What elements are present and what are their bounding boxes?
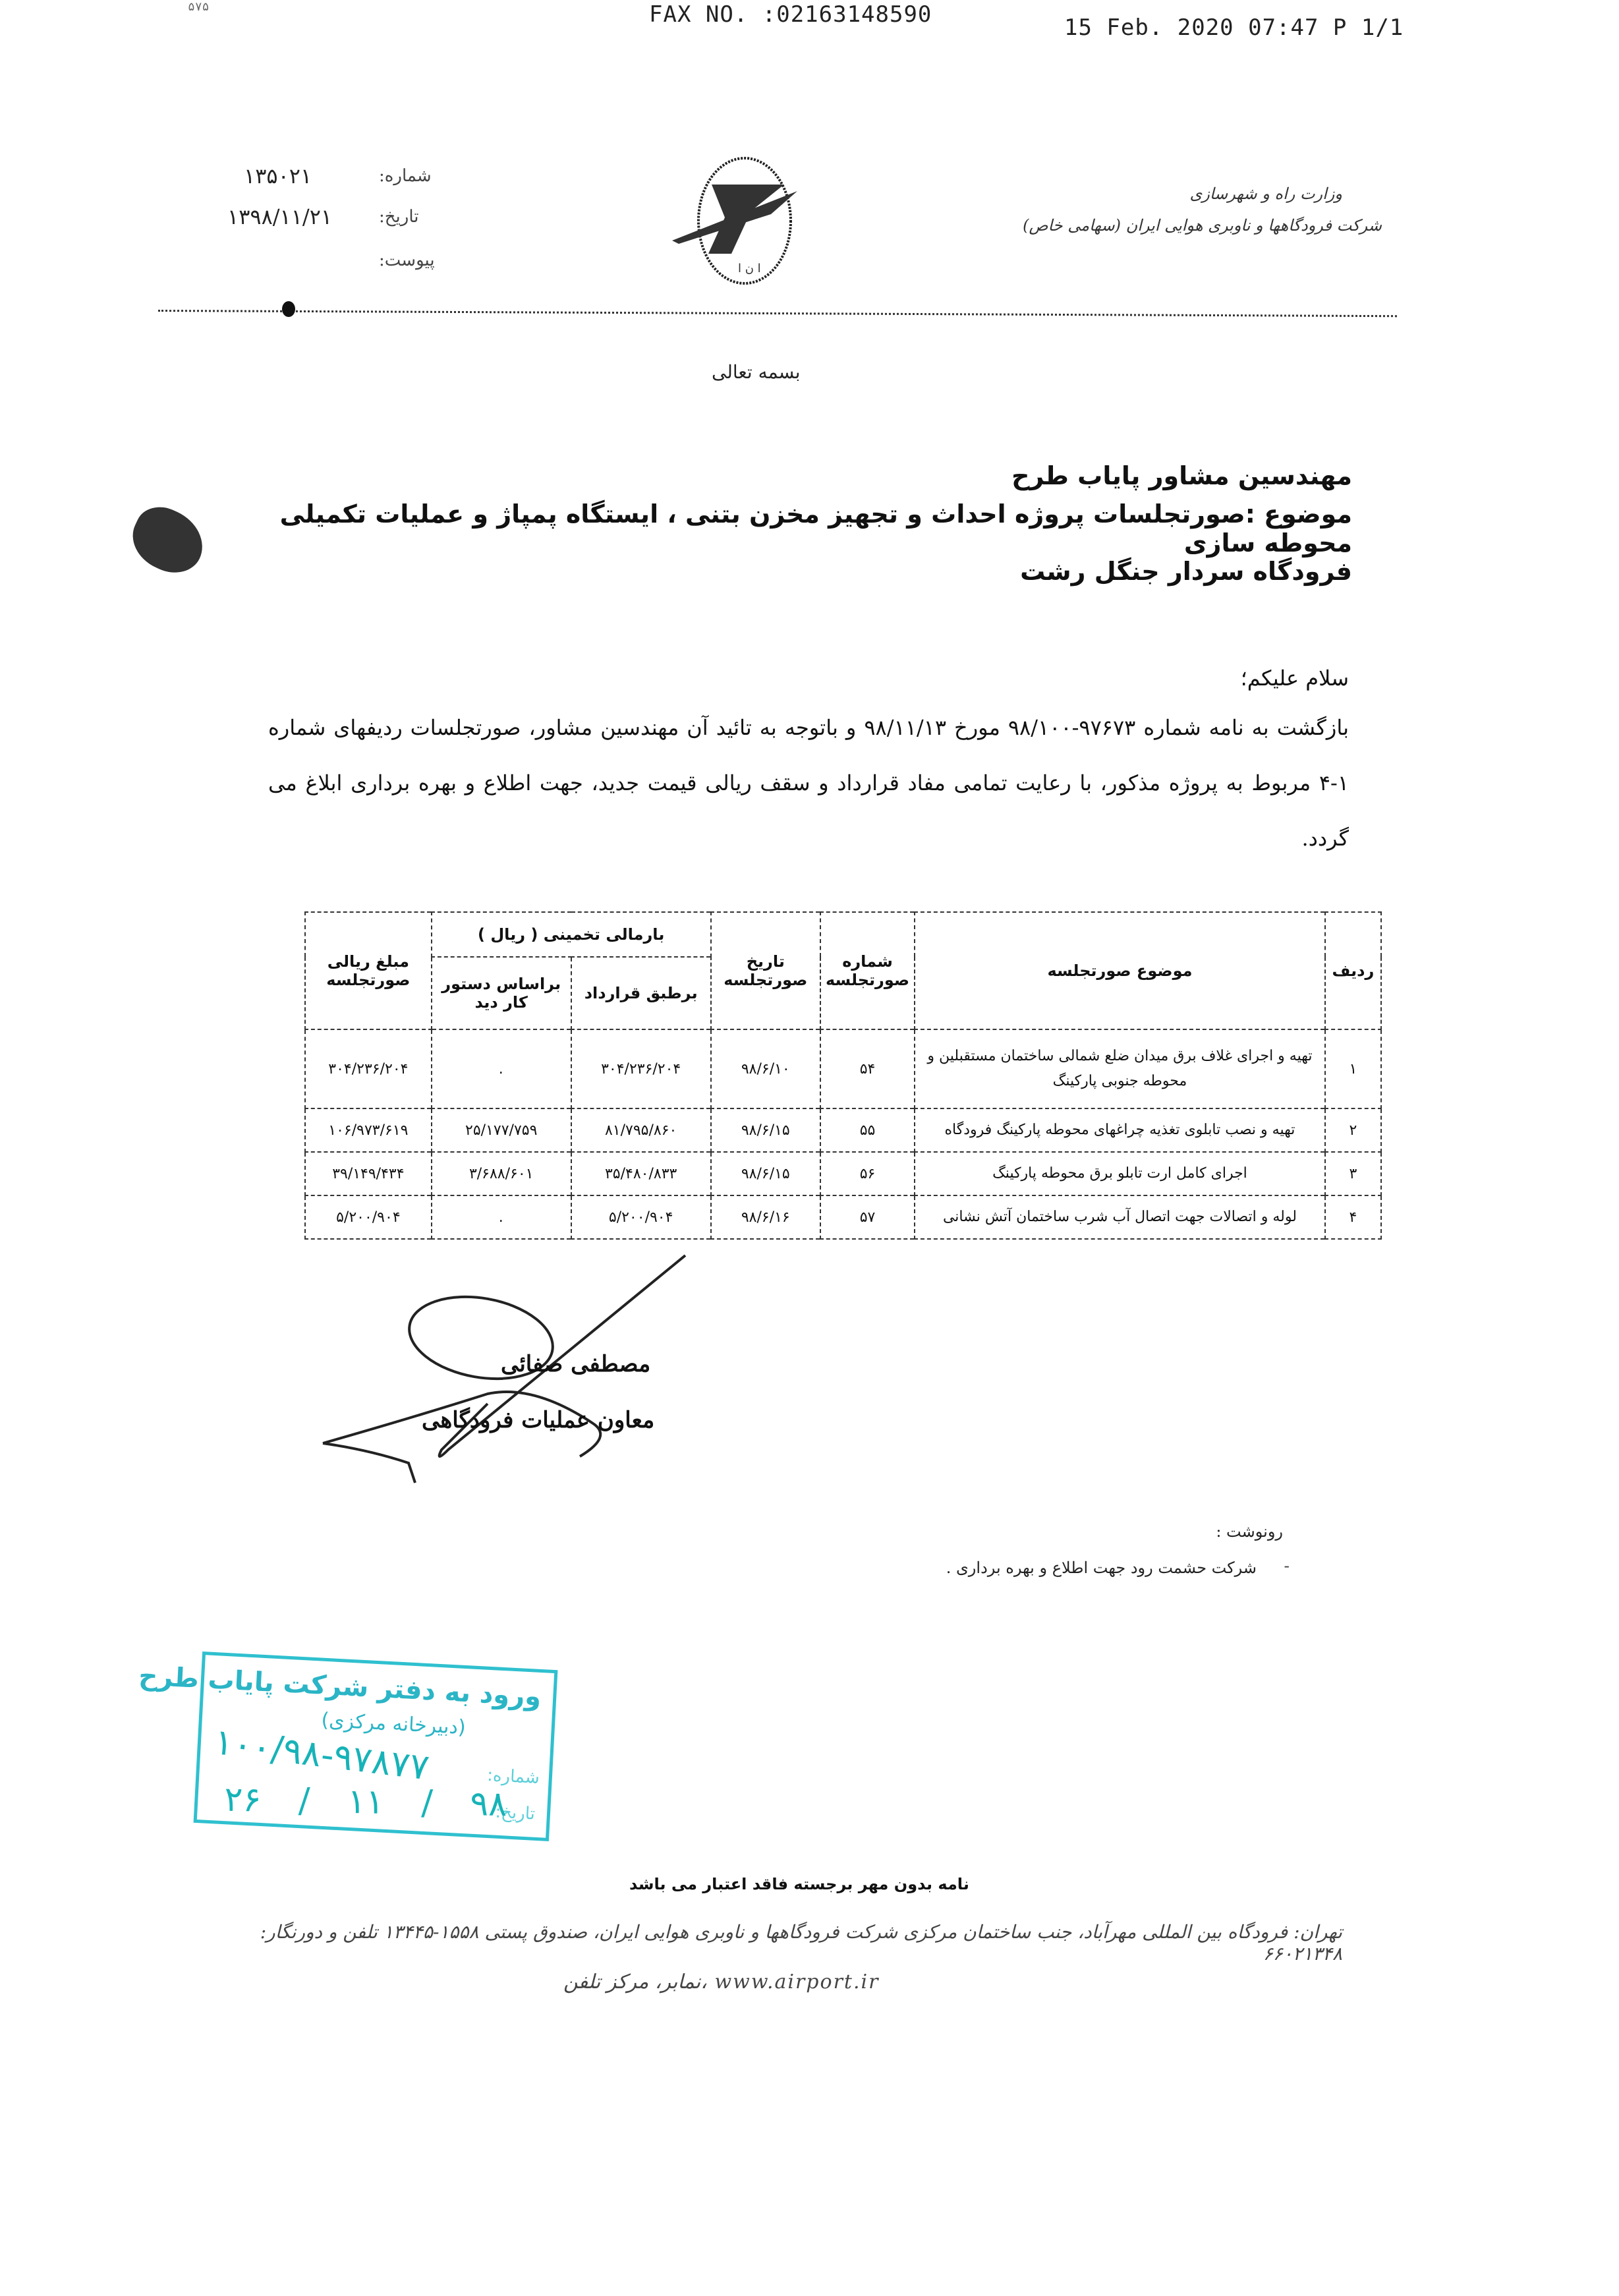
cell-minutes-date: ۹۸/۶/۱۵ <box>711 1152 820 1195</box>
cell-minutes-no: ۵۵ <box>820 1108 915 1152</box>
header-estimated-load: بارمالی تخمینی ( ریال ) <box>432 912 711 957</box>
header-row-no: ردیف <box>1325 912 1381 1029</box>
letter-number-label: شماره: <box>379 166 432 186</box>
cell-per-contract: ۳۵/۴۸۰/۸۳۳ <box>571 1152 711 1195</box>
header-per-new-order: براساس دستور کار دید <box>432 957 571 1029</box>
cell-minutes-amount: ۳۰۴/۲۳۶/۲۰۴ <box>305 1029 432 1108</box>
validity-note: نامه بدون مهر برجسته فاقد اعتبار می باشد <box>629 1875 969 1893</box>
corner-mark: ۵۷۵ <box>188 0 210 14</box>
cell-minutes-amount: ۵/۲۰۰/۹۰۴ <box>305 1195 432 1239</box>
cell-per-new-order: . <box>432 1195 571 1239</box>
attachment-label: پیوست: <box>379 250 435 270</box>
table-row: ۲ تهیه و نصب تابلوی تغذیه چراغهای محوطه … <box>305 1108 1381 1152</box>
minutes-table: ردیف موضوع صورتجلسه شماره صورتجلسه تاریخ… <box>304 911 1382 1240</box>
table-row: ۴ لوله و اتصالات جهت اتصال آب شرب ساختما… <box>305 1195 1381 1239</box>
fax-number: FAX NO. :02163148590 <box>649 1 932 28</box>
cell-row-no: ۴ <box>1325 1195 1381 1239</box>
cell-per-new-order: ۳/۶۸۸/۶۰۱ <box>432 1152 571 1195</box>
signatory-title: معاون عملیات فرودگاهی <box>422 1407 654 1433</box>
letterhead-org: وزارت راه و شهرسازی شرکت فرودگاهها و ناو… <box>1013 178 1382 241</box>
ink-blot <box>123 498 213 583</box>
cell-per-contract: ۳۰۴/۲۳۶/۲۰۴ <box>571 1029 711 1108</box>
cell-minutes-amount: ۱۰۶/۹۷۳/۶۱۹ <box>305 1108 432 1152</box>
footer-website: www.airport.ir ،نمابر، مرکز تلفن <box>563 1970 879 1994</box>
footer-address: تهران: فرودگاه بین المللی مهرآباد، جنب س… <box>222 1921 1342 1965</box>
stamp-date: ۹۸ / ۱۱ / ۲۶ <box>224 1780 507 1824</box>
stamp-subtitle: (دبیرخانه مرکزی) <box>321 1709 467 1739</box>
cell-minutes-date: ۹۸/۶/۱۶ <box>711 1195 820 1239</box>
cell-per-new-order: ۲۵/۱۷۷/۷۵۹ <box>432 1108 571 1152</box>
header-per-contract: برطبق قرارداد <box>571 957 711 1029</box>
fax-timestamp: 15 Feb. 2020 07:47 P 1/1 <box>1064 14 1404 41</box>
svg-text:ا ن ا: ا ن ا <box>738 262 761 275</box>
ink-spot <box>282 301 295 317</box>
cell-minutes-no: ۵۷ <box>820 1195 915 1239</box>
recipient: مهندسین مشاور پایاب طرح <box>1011 461 1352 490</box>
cell-minutes-date: ۹۸/۶/۱۵ <box>711 1108 820 1152</box>
cell-minutes-amount: ۳۹/۱۴۹/۴۳۴ <box>305 1152 432 1195</box>
cell-row-no: ۳ <box>1325 1152 1381 1195</box>
header-minutes-amount: مبلغ ریالی صورتجلسه <box>305 912 432 1029</box>
invocation: بسمه تعالی <box>712 361 801 383</box>
header-subject: موضوع صورتجلسه <box>915 912 1325 1029</box>
company-name: شرکت فرودگاهها و ناوبری هوایی ایران (سها… <box>1013 210 1382 241</box>
table-row: ۱ تهیه و اجرای غلاف برق میدان ضلع شمالی … <box>305 1029 1381 1108</box>
cell-minutes-date: ۹۸/۶/۱۰ <box>711 1029 820 1108</box>
stamp-title: ورود به دفتر شرکت پایاب طرح <box>138 1661 542 1712</box>
ministry-name: وزارت راه و شهرسازی <box>1013 178 1382 210</box>
cell-per-contract: ۸۱/۷۹۵/۸۶۰ <box>571 1108 711 1152</box>
table-row: ۳ اجرای کامل ارت تابلو برق محوطه پارکینگ… <box>305 1152 1381 1195</box>
body-paragraph: بازگشت به نامه شماره ۹۷۶۷۳-۹۸/۱۰۰ مورخ ۹… <box>268 700 1349 866</box>
cc-item: شرکت حشمت رود جهت اطلاع و بهره برداری . <box>946 1559 1257 1577</box>
cell-subject: تهیه و اجرای غلاف برق میدان ضلع شمالی سا… <box>915 1029 1325 1108</box>
cell-subject: تهیه و نصب تابلوی تغذیه چراغهای محوطه پا… <box>915 1108 1325 1152</box>
greeting: سلام علیکم؛ <box>1241 666 1349 691</box>
cell-subject: لوله و اتصالات جهت اتصال آب شرب ساختمان … <box>915 1195 1325 1239</box>
header-separator <box>158 310 1397 317</box>
header-minutes-no: شماره صورتجلسه <box>820 912 915 1029</box>
cell-row-no: ۲ <box>1325 1108 1381 1152</box>
cell-per-new-order: . <box>432 1029 571 1108</box>
cell-minutes-no: ۵۴ <box>820 1029 915 1108</box>
receipt-stamp: ورود به دفتر شرکت پایاب طرح (دبیرخانه مر… <box>194 1651 558 1841</box>
company-logo-icon: ا ن ا <box>659 155 830 287</box>
letter-number-value: ۱۳۵۰۲۱ <box>244 163 312 188</box>
cell-subject: اجرای کامل ارت تابلو برق محوطه پارکینگ <box>915 1152 1325 1195</box>
signatory-name: مصطفی صفائی <box>501 1351 650 1377</box>
letter-date-label: تاریخ: <box>379 207 419 227</box>
cc-label: رونوشت : <box>1216 1522 1283 1541</box>
letter-date-value: ۱۳۹۸/۱۱/۲۱ <box>227 204 332 229</box>
header-minutes-date: تاریخ صورتجلسه <box>711 912 820 1029</box>
cell-row-no: ۱ <box>1325 1029 1381 1108</box>
cell-per-contract: ۵/۲۰۰/۹۰۴ <box>571 1195 711 1239</box>
cell-minutes-no: ۵۶ <box>820 1152 915 1195</box>
cc-bullet: - <box>1284 1557 1290 1575</box>
subject-line-2: فرودگاه سردار جنگل رشت <box>1020 557 1352 586</box>
subject-line: موضوع :صورتجلسات پروژه احداث و تجهیز مخز… <box>245 500 1352 558</box>
